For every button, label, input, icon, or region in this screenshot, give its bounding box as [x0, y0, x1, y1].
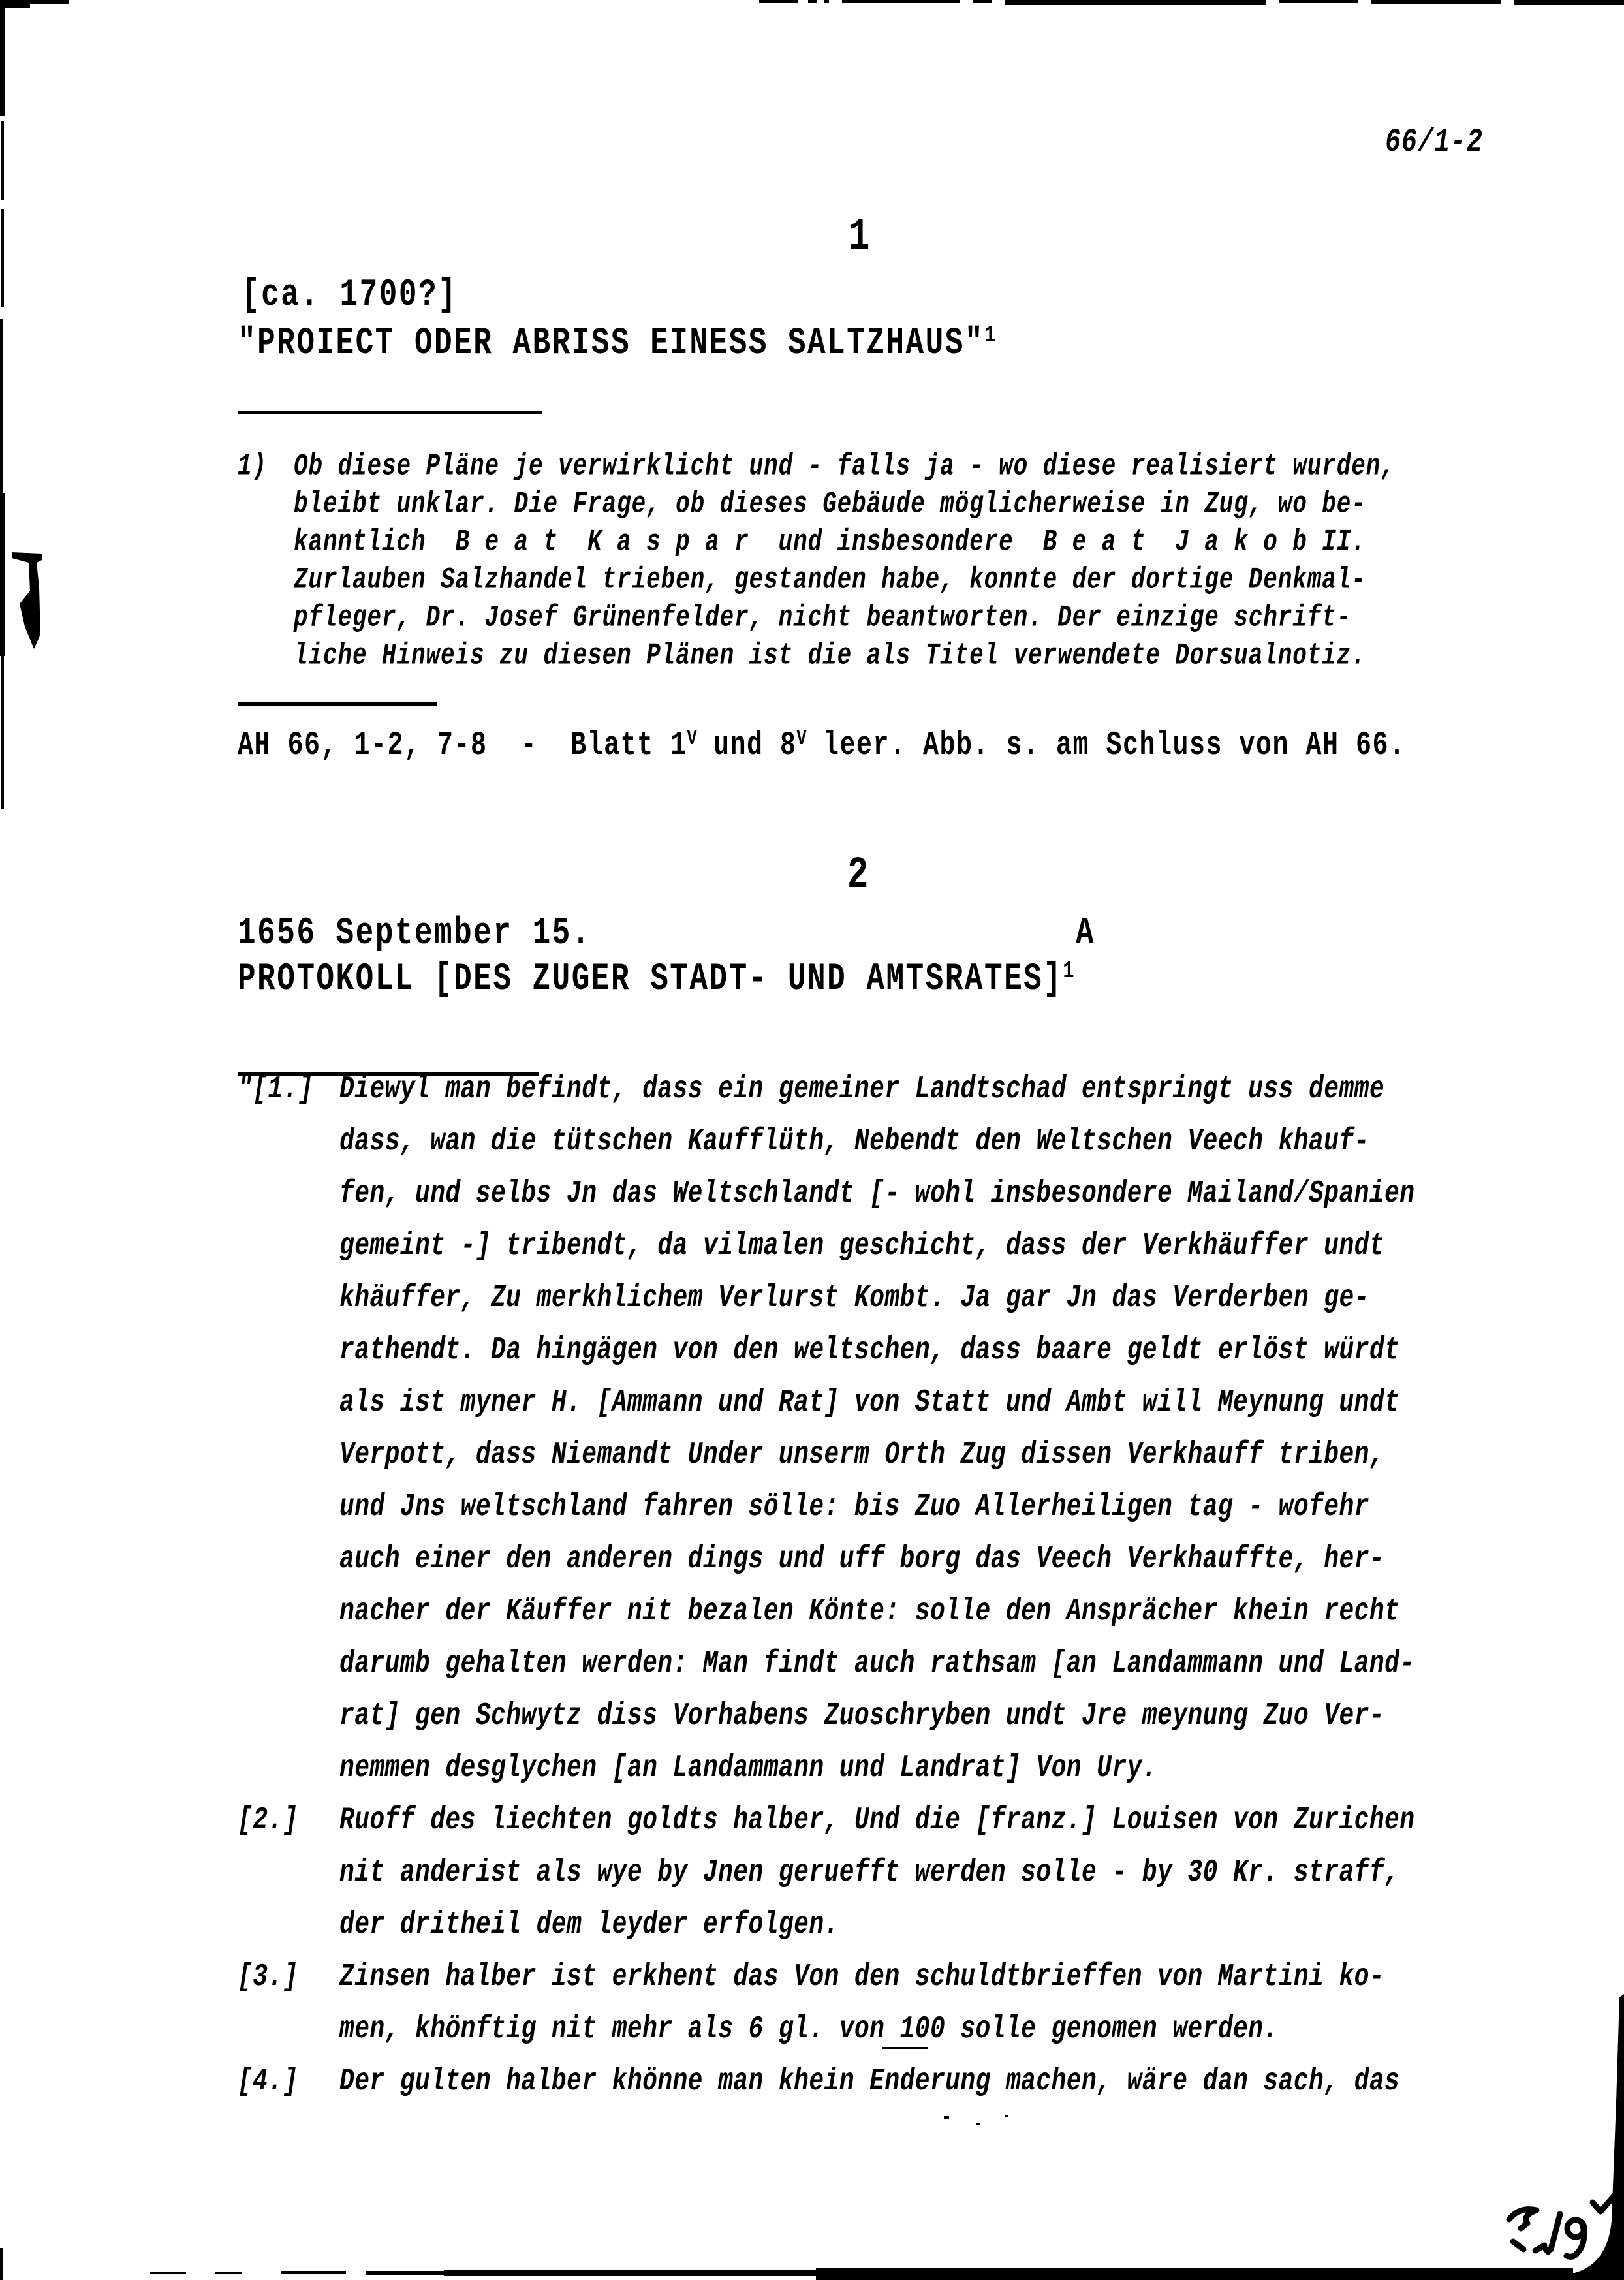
footnote-text: pfleger, Dr. Josef Grünenfelder, nicht b…: [294, 601, 1351, 634]
protocol-line: und Jns weltschland fahren sölle: bis Zu…: [339, 1491, 1369, 1523]
protocol-line: rat] gen Schwytz diss Vorhabens Zuoschry…: [339, 1700, 1384, 1732]
line-text: nit anderist als wye by Jnen geruefft we…: [339, 1854, 1399, 1890]
protocol-line: [4.]Der gulten halber khönne man khein E…: [339, 2066, 1399, 2098]
protocol-line: Verpott, dass Niemandt Under unserm Orth…: [339, 1439, 1384, 1471]
footnote-line: kanntlich B e a t K a s p a r und insbes…: [294, 527, 1366, 557]
source-text: leer. Abb. s. am Schluss von AH 66.: [806, 727, 1405, 765]
entry2-footnote-ref: 1: [1063, 957, 1074, 984]
item-label: "[1.]: [238, 1074, 313, 1106]
footnote-text: kanntlich B e a t K a s p a r und insbes…: [294, 525, 1366, 559]
entry2-marginal-a: A: [1076, 914, 1095, 952]
footnote-text: Zurlauben Salzhandel trieben, gestanden …: [294, 563, 1366, 597]
scanned-document-page: 66/1-2 1 [ca. 1700?] "PROIECT ODER ABRIS…: [0, 0, 1624, 2280]
entry1-title: "PROIECT ODER ABRISS EINESS SALTZHAUS": [238, 321, 984, 365]
footnote-line: Zurlauben Salzhandel trieben, gestanden …: [294, 565, 1366, 595]
line-text: Verpott, dass Niemandt Under unserm Orth…: [339, 1437, 1384, 1473]
protocol-line: men, khönftig nit mehr als 6 gl. von 100…: [339, 2014, 1279, 2046]
footnote-text: liche Hinweis zu diesen Plänen ist die a…: [294, 638, 1366, 672]
line-text: der dritheil dem leyder erfolgen.: [339, 1907, 839, 1943]
entry1-title-line: "PROIECT ODER ABRISS EINESS SALTZHAUS"1: [238, 324, 995, 362]
entry2-title: PROTOKOLL [DES ZUGER STADT- UND AMTSRATE…: [238, 957, 1063, 1001]
protocol-line: nacher der Käuffer nit bezalen Könte: so…: [339, 1596, 1399, 1628]
footnote-line: pfleger, Dr. Josef Grünenfelder, nicht b…: [294, 603, 1351, 633]
line-text: auch einer den anderen dings und uff bor…: [339, 1541, 1384, 1577]
protocol-line: auch einer den anderen dings und uff bor…: [339, 1544, 1384, 1576]
line-text: Der gulten halber khönne man khein Ender…: [339, 2063, 1399, 2099]
footnote-text: Ob diese Pläne je verwirklicht und - fal…: [294, 449, 1396, 483]
protocol-line: [2.]Ruoff des liechten goldts halber, Un…: [339, 1805, 1414, 1837]
footnote-label: 1): [238, 452, 267, 482]
line-text: darumb gehalten werden: Man findt auch r…: [339, 1646, 1414, 1681]
item-label: [3.]: [238, 1961, 298, 1993]
line-text: gemeint -] tribendt, da vilmalen geschic…: [339, 1228, 1384, 1264]
divider-rule-footnote: [238, 702, 437, 706]
entry1-footnote-ref: 1: [984, 321, 995, 349]
protocol-line: fen, und selbs Jn das Weltschlandt [- wo…: [339, 1178, 1414, 1210]
line-text: nacher der Käuffer nit bezalen Könte: so…: [339, 1593, 1399, 1629]
line-text: Zinsen halber ist erkhent das Von den sc…: [339, 1959, 1384, 1995]
item-label: [4.]: [238, 2066, 298, 2098]
line-text: dass, wan die tütschen Kaufflüth, Nebend…: [339, 1123, 1369, 1159]
handwritten-mark: [1509, 2191, 1619, 2257]
protocol-line: "[1.]Diewyl man befindt, dass ein gemein…: [339, 1074, 1384, 1106]
footnote-text: bleibt unklar. Die Frage, ob dieses Gebä…: [294, 487, 1366, 521]
entry1-number: 1: [849, 215, 871, 260]
line-text: khäuffer, Zu merkhlichem Verlurst Kombt.…: [339, 1280, 1369, 1316]
line-text: nemmen desglychen [an Landammann und Lan…: [339, 1750, 1157, 1786]
line-text: rat] gen Schwytz diss Vorhabens Zuoschry…: [339, 1698, 1384, 1734]
source-text: und 8: [697, 727, 797, 765]
protocol-line: rathendt. Da hingägen von den weltschen,…: [339, 1335, 1399, 1367]
protocol-line: dass, wan die tütschen Kaufflüth, Nebend…: [339, 1126, 1369, 1158]
line-text: und Jns weltschland fahren sölle: bis Zu…: [339, 1489, 1369, 1525]
entry2-number: 2: [847, 854, 869, 899]
protocol-line: gemeint -] tribendt, da vilmalen geschic…: [339, 1230, 1384, 1262]
divider-rule-title: [238, 411, 542, 414]
protocol-line: [3.]Zinsen halber ist erkhent das Von de…: [339, 1961, 1384, 1993]
protocol-line: als ist myner H. [Ammann und Rat] von St…: [339, 1387, 1399, 1419]
entry2-date: 1656 September 15.: [238, 914, 591, 952]
line-text: men, khönftig nit mehr als 6 gl. von 100…: [339, 2011, 1279, 2047]
entry1-date: [ca. 1700?]: [242, 275, 458, 314]
line-text: als ist myner H. [Ammann und Rat] von St…: [339, 1384, 1399, 1420]
line-text: Diewyl man befindt, dass ein gemeiner La…: [339, 1071, 1384, 1107]
protocol-line: khäuffer, Zu merkhlichem Verlurst Kombt.…: [339, 1283, 1369, 1315]
protocol-line: nit anderist als wye by Jnen geruefft we…: [339, 1857, 1399, 1889]
protocol-line: nemmen desglychen [an Landammann und Lan…: [339, 1753, 1157, 1785]
archive-reference: 66/1-2: [1385, 127, 1483, 160]
footnote-line: 1)Ob diese Pläne je verwirklicht und - f…: [294, 452, 1396, 482]
protocol-line: darumb gehalten werden: Man findt auch r…: [339, 1648, 1414, 1680]
protocol-line: der dritheil dem leyder erfolgen.: [339, 1909, 839, 1941]
line-text: rathendt. Da hingägen von den weltschen,…: [339, 1332, 1399, 1368]
entry1-source-line: AH 66, 1-2, 7-8 - Blatt 1V und 8V leer. …: [238, 730, 1406, 763]
source-text: AH 66, 1-2, 7-8 - Blatt 1: [238, 727, 687, 765]
line-text: fen, und selbs Jn das Weltschlandt [- wo…: [339, 1176, 1414, 1211]
source-superscript: V: [797, 727, 807, 751]
source-superscript: V: [687, 727, 697, 751]
entry2-title-line: PROTOKOLL [DES ZUGER STADT- UND AMTSRATE…: [238, 960, 1074, 998]
footnote-line: bleibt unklar. Die Frage, ob dieses Gebä…: [294, 490, 1366, 520]
item-label: [2.]: [238, 1805, 298, 1837]
footnote-line: liche Hinweis zu diesen Plänen ist die a…: [294, 641, 1366, 671]
line-text: Ruoff des liechten goldts halber, Und di…: [339, 1802, 1414, 1838]
